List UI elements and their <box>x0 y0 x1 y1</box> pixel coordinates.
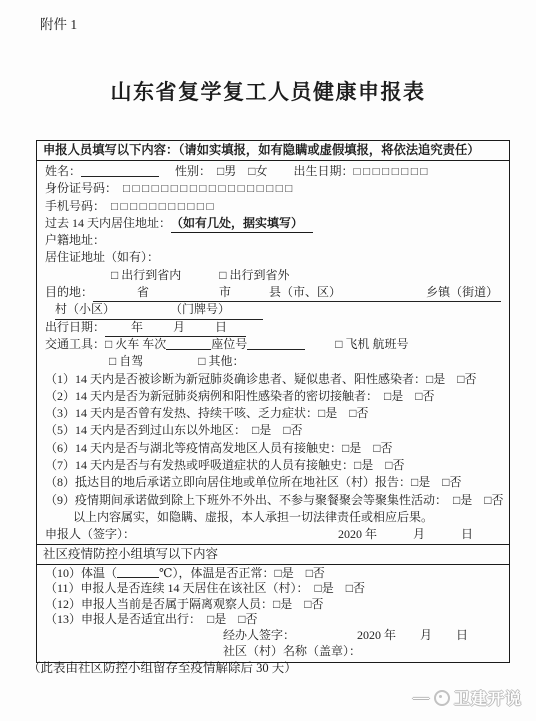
community-section-header: 社区疫情防控小组填写以下内容 <box>37 544 509 565</box>
name-blank <box>81 176 159 177</box>
month-label: 月 <box>173 319 185 336</box>
travel-date-label: 出行日期： <box>45 319 105 336</box>
address-14days-row: 过去 14 天内居住地址： （如有几处，据实填写） <box>45 215 501 232</box>
question-row: （1）14 天内是否被诊断为新冠肺炎确诊患者、疑似患者、阳性感染者：□是 □否 <box>45 371 501 388</box>
footer-dash: — <box>413 689 430 707</box>
destination-blank-line: 省 市 县（市、区） 乡镇（街道） <box>93 284 501 302</box>
question-row: （2）14 天内是否为新冠肺炎病例和阳性感染者的密切接触者： □是 □否 <box>45 388 501 405</box>
operator-signature-row: 经办人签字： 2020 年 月 日 <box>45 628 501 644</box>
train-number-blank <box>166 349 211 350</box>
footer-watermark: — 卫建开说 <box>413 686 522 709</box>
id-number-boxes: □□□□□□□□□□□□□□□□□□ <box>123 181 295 198</box>
temperature-row: （10）体温（ ℃），体温是否正常：□是 □否 <box>45 566 501 582</box>
name-row: 姓名： 性别： □男 □女 出生日期： □□□□□□□□ <box>45 163 501 180</box>
destination-province-label: 省 <box>137 284 149 301</box>
footer-brand-name: 卫建开说 <box>454 686 522 709</box>
applicant-section-header: 申报人员填写以下内容：（请如实填报，如有隐瞒或虚假填报，将依法追究责任） <box>37 141 509 161</box>
destination-row: 目的地： 省 市 县（市、区） 乡镇（街道） <box>45 284 501 301</box>
name-label: 姓名： <box>45 163 81 180</box>
question-row: （8）抵达目的地后承诺立即向居住地或单位所在地社区（村）报告：□是 □否 <box>45 474 501 491</box>
day-label: 日 <box>215 319 227 336</box>
health-form-table: 申报人员填写以下内容：（请如实填报，如有隐瞒或虚假填报，将依法追究责任） 姓名：… <box>36 140 510 663</box>
question-row: （12）申报人当前是否属于隔离观察人员：□是 □否 <box>45 597 501 613</box>
attachment-label: 附件 1 <box>40 13 77 33</box>
address-14days-note: （如有几处，据实填写） <box>171 215 313 233</box>
id-number-label: 身份证号码： <box>45 180 117 197</box>
residence-permit-row: 居住证地址（如有）： <box>45 249 501 266</box>
seat-number-blank <box>247 349 305 350</box>
declarant-date: 2020 年 月 日 <box>338 526 473 543</box>
question-row: （7）14 天内是否与有发热或呼吸道症状的人员有接触史：□是 □否 <box>45 457 501 474</box>
residence-permit-label: 居住证地址（如有）： <box>45 249 159 266</box>
household-address-label: 户籍地址： <box>45 232 105 249</box>
footer-logo-icon <box>434 690 450 706</box>
year-label: 年 <box>131 319 143 336</box>
destination-town-label: 乡镇（街道） <box>426 284 498 301</box>
temperature-label: （10）体温（ <box>45 566 117 582</box>
door-number-label: （门牌号） <box>170 301 230 318</box>
village-label: 村（小区） <box>55 301 115 318</box>
birth-date-label: 出生日期： <box>294 163 354 180</box>
travel-within-checkbox: □ 出行到省内 <box>111 267 181 284</box>
household-address-row: 户籍地址： <box>45 232 501 249</box>
community-stamp-row: 社区（村）名称（盖章）： <box>45 644 501 660</box>
transport-row-2: □ 自驾 □ 其他： <box>45 353 501 370</box>
temperature-blank <box>117 577 159 578</box>
phone-label: 手机号码： <box>45 198 105 215</box>
travel-date-row: 出行日期： 年 月 日 <box>45 319 501 336</box>
transport-row-1: 交通工具： □ 火车 车次 座位号 □ 飞机 航班号 <box>45 336 501 353</box>
declarant-signature-row: 申报人（签字）： 2020 年 月 日 <box>45 526 501 543</box>
travel-scope-row: □ 出行到省内 □ 出行到省外 <box>45 267 501 284</box>
community-section-body: （10）体温（ ℃），体温是否正常：□是 □否 （11）申报人是否连续 14 天… <box>37 565 509 663</box>
destination-label: 目的地： <box>45 284 93 301</box>
address-14days-label: 过去 14 天内居住地址： <box>45 215 171 232</box>
temperature-question: ℃），体温是否正常：□是 □否 <box>159 566 325 582</box>
village-row: 村（小区） （门牌号） <box>45 301 501 318</box>
page-title: 山东省复学复工人员健康申报表 <box>0 76 536 106</box>
question-row: （11）申报人是否连续 14 天居住在该社区（村）： □是 □否 <box>45 581 501 597</box>
village-blank-line: 村（小区） （门牌号） <box>55 301 263 319</box>
train-checkbox: □ 火车 车次 <box>105 336 166 353</box>
travel-date-blank-line: 年 月 日 <box>105 319 246 337</box>
question-row: （3）14 天内是否曾有发热、持续干咳、乏力症状：□是 □否 <box>45 405 501 422</box>
plane-checkbox: □ 飞机 航班号 <box>335 336 408 353</box>
question-row: （13）申报人是否适宜出行： □是 □否 <box>45 612 501 628</box>
id-number-row: 身份证号码： □□□□□□□□□□□□□□□□□□ <box>45 180 501 197</box>
destination-city-label: 市 <box>219 284 231 301</box>
document-page: 附件 1 山东省复学复工人员健康申报表 申报人员填写以下内容：（请如实填报，如有… <box>0 0 536 721</box>
self-drive-checkbox: □ 自驾 <box>109 353 143 370</box>
seat-number-label: 座位号 <box>211 336 247 353</box>
question-row: （5）14 天内是否到过山东以外地区： □是 □否 <box>45 422 501 439</box>
community-stamp-label: 社区（村）名称（盖章）： <box>223 644 361 660</box>
gender-checkboxes: □男 □女 <box>217 163 268 180</box>
question-row: （6）14 天内是否与湖北等疫情高发地区人员有接触史：□是 □否 <box>45 440 501 457</box>
affirmation-row: 以上内容属实，如隐瞒、虚报，本人承担一切法律责任或相应后果。 <box>45 509 501 526</box>
gender-label: 性别： <box>175 163 211 180</box>
retention-footnote: （此表由社区防控小组留存至疫情解除后 30 天） <box>28 658 297 676</box>
destination-county-label: 县（市、区） <box>269 284 341 301</box>
phone-boxes: □□□□□□□□□□□ <box>111 199 216 216</box>
travel-outside-checkbox: □ 出行到省外 <box>219 267 289 284</box>
transport-label: 交通工具： <box>45 336 105 353</box>
applicant-section-body: 姓名： 性别： □男 □女 出生日期： □□□□□□□□ 身份证号码： □□□□… <box>37 161 509 544</box>
birth-date-boxes: □□□□□□□□ <box>354 164 430 181</box>
phone-row: 手机号码： □□□□□□□□□□□ <box>45 198 501 215</box>
operator-signature-label: 经办人签字： <box>223 628 295 644</box>
declarant-signature-label: 申报人（签字）： <box>45 526 135 543</box>
other-transport-checkbox: □ 其他： <box>198 353 244 370</box>
operator-date: 2020 年 月 日 <box>357 628 468 644</box>
question-row: （9）疫情期间承诺做到除上下班外不外出、不参与聚餐聚会等聚集性活动： □是 □否 <box>45 492 501 509</box>
affirmation-text: 以上内容属实，如隐瞒、虚报，本人承担一切法律责任或相应后果。 <box>73 509 433 526</box>
